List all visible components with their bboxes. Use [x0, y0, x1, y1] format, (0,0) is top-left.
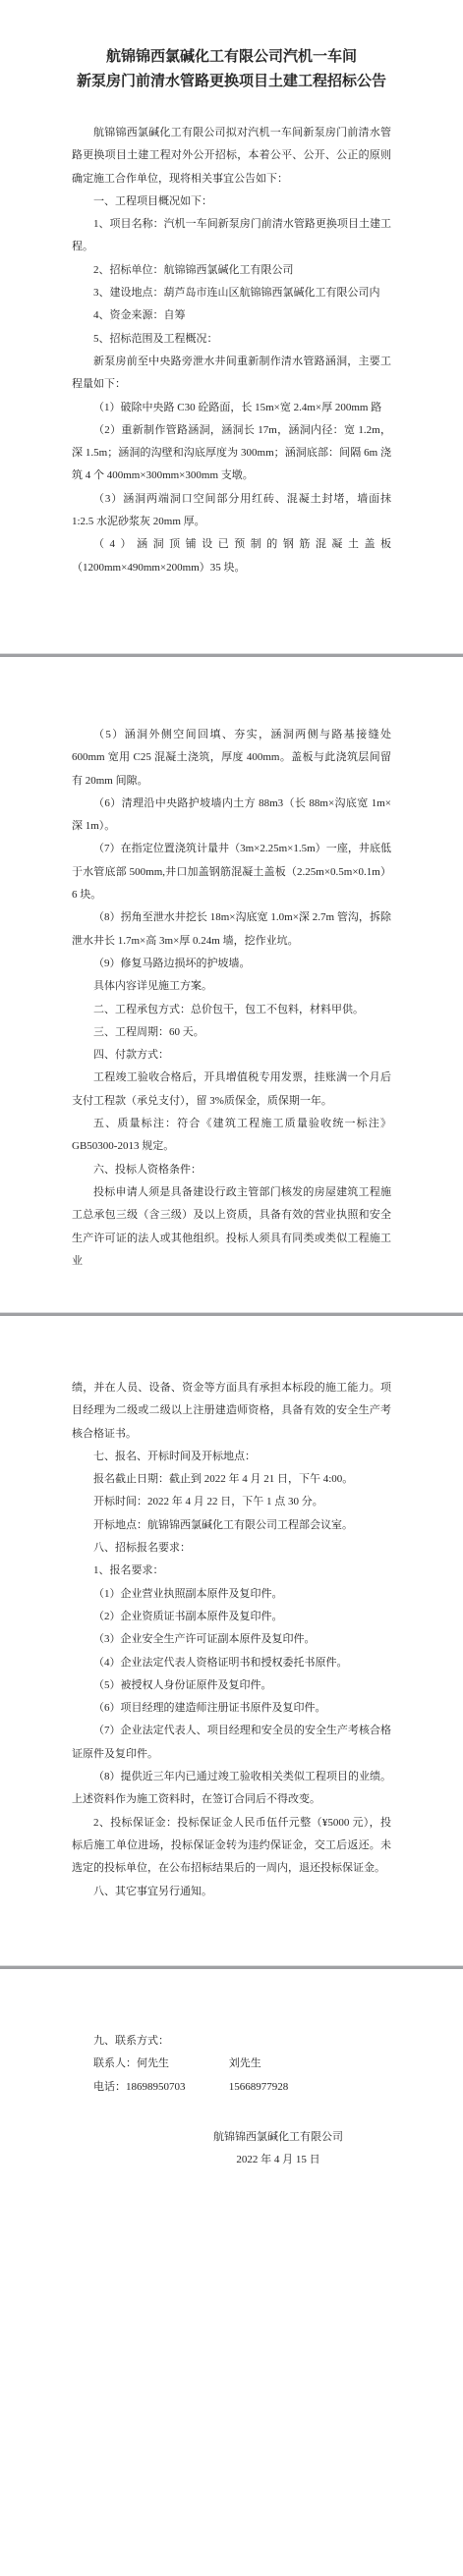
- paragraph: 开标时间：2022 年 4 月 22 日，下午 1 点 30 分。: [72, 1491, 391, 1513]
- paragraph: 4、资金来源：自筹: [72, 304, 391, 327]
- paragraph: （8）提供近三年内已通过竣工验收相关类似工程项目的业绩。上述资料作为施工资料时，…: [72, 1766, 391, 1812]
- page-2-body: （5）涵洞外侧空间回填、夯实，涵洞两侧与路基接缝处 600mm 宽用 C25 混…: [72, 724, 391, 1273]
- paragraph: 八、招标报名要求：: [72, 1537, 391, 1560]
- paragraph: 绩，并在人员、设备、资金等方面具有承担本标段的施工能力。项目经理为二级或二级以上…: [72, 1377, 391, 1446]
- paragraph: 具体内容详见施工方案。: [72, 975, 391, 998]
- contact-phones-line: 电话：18698950703 15668977928: [72, 2076, 391, 2099]
- paragraph: （8）拐角至泄水井挖长 18m×沟底宽 1.0m×深 2.7m 管沟，拆除泄水井…: [72, 906, 391, 953]
- paragraph: 5、招标范围及工程概况：: [72, 328, 391, 351]
- paragraph: （2）企业资质证书副本原件及复印件。: [72, 1606, 391, 1628]
- paragraph: （9）修复马路边损坏的护坡墙。: [72, 953, 391, 975]
- paragraph: 三、工程周期：60 天。: [72, 1021, 391, 1044]
- paragraph: 七、报名、开标时间及开标地点：: [72, 1446, 391, 1468]
- paragraph: （5）涵洞外侧空间回填、夯实，涵洞两侧与路基接缝处 600mm 宽用 C25 混…: [72, 724, 391, 793]
- signature-company: 航锦锦西氯碱化工有限公司: [175, 2126, 381, 2149]
- document-title-line-2: 新泵房门前清水管路更换项目土建工程招标公告: [72, 70, 391, 94]
- paragraph: （7）在指定位置浇筑计量井（3m×2.25m×1.5m）一座，井底低于水管底部 …: [72, 838, 391, 906]
- contact-phone-1: 电话：18698950703: [93, 2076, 226, 2099]
- document-page-1: 航锦锦西氯碱化工有限公司汽机一车间 新泵房门前清水管路更换项目土建工程招标公告 …: [0, 0, 463, 653]
- paragraph: 工程竣工验收合格后，开具增值税专用发票，挂账满一个月后支付工程款（承兑支付），留…: [72, 1067, 391, 1113]
- paragraph: 八、其它事宜另行通知。: [72, 1881, 391, 1903]
- paragraph: 新泵房前至中央路旁泄水井间重新制作清水管路涵洞，主要工程量如下：: [72, 351, 391, 397]
- page-1-body: 航锦锦西氯碱化工有限公司拟对汽机一车间新泵房门前清水管路更换项目土建工程对外公开…: [72, 122, 391, 579]
- paragraph: 2、投标保证金：投标保证金人民币伍仟元整（¥5000 元），投标后施工单位进场，…: [72, 1812, 391, 1881]
- document-page-2: （5）涵洞外侧空间回填、夯实，涵洞两侧与路基接缝处 600mm 宽用 C25 混…: [0, 657, 463, 1312]
- document-title: 航锦锦西氯碱化工有限公司汽机一车间 新泵房门前清水管路更换项目土建工程招标公告: [72, 45, 391, 94]
- paragraph: （1）破除中央路 C30 砼路面，长 15m×宽 2.4m×厚 200mm 路: [72, 397, 391, 419]
- paragraph: （4）涵洞顶铺设已预制的钢筋混凝土盖板（1200mm×490mm×200mm）3…: [72, 533, 391, 579]
- document-title-line-1: 航锦锦西氯碱化工有限公司汽机一车间: [72, 45, 391, 70]
- paragraph: （4）企业法定代表人资格证明书和授权委托书原件。: [72, 1652, 391, 1674]
- paragraph: 二、工程承包方式：总价包干，包工不包料，材料甲供。: [72, 999, 391, 1021]
- contact-person-1: 联系人：何先生: [93, 2053, 226, 2075]
- paragraph: 六、投标人资格条件：: [72, 1159, 391, 1181]
- paragraph: 开标地点：航锦锦西氯碱化工有限公司工程部会议室。: [72, 1514, 391, 1537]
- paragraph: 1、项目名称：汽机一车间新泵房门前清水管路更换项目土建工程。: [72, 213, 391, 259]
- page-3-body: 绩，并在人员、设备、资金等方面具有承担本标段的施工能力。项目经理为二级或二级以上…: [72, 1377, 391, 1903]
- paragraph: （3）企业安全生产许可证副本原件及复印件。: [72, 1628, 391, 1651]
- paragraph: 投标申请人须是具备建设行政主管部门核发的房屋建筑工程施工总承包三级（含三级）及以…: [72, 1181, 391, 1273]
- paragraph: （2）重新制作管路涵洞，涵洞长 17m，涵洞内径：宽 1.2m，深 1.5m；涵…: [72, 419, 391, 488]
- document-page-4: 九、联系方式： 联系人：何先生 刘先生 电话：18698950703 15668…: [0, 1969, 463, 2576]
- paragraph: （3）涵洞两端洞口空间部分用红砖、混凝土封堵，墙面抹 1:2.5 水泥砂浆灰 2…: [72, 488, 391, 534]
- paragraph: （7）企业法定代表人、项目经理和安全员的安全生产考核合格证原件及复印件。: [72, 1720, 391, 1766]
- paragraph: 1、报名要求：: [72, 1560, 391, 1582]
- paragraph: 四、付款方式：: [72, 1044, 391, 1067]
- paragraph: 3、建设地点：葫芦岛市连山区航锦锦西氯碱化工有限公司内: [72, 282, 391, 304]
- paragraph: （6）清理沿中央路护坡墙内土方 88m3（长 88m×沟底宽 1m×深 1m）。: [72, 793, 391, 839]
- paragraph: （1）企业营业执照副本原件及复印件。: [72, 1583, 391, 1606]
- paragraph: （6）项目经理的建造师注册证书原件及复印件。: [72, 1697, 391, 1720]
- paragraph: 报名截止日期：截止到 2022 年 4 月 21 日，下午 4:00。: [72, 1468, 391, 1491]
- paragraph: 一、工程项目概况如下：: [72, 191, 391, 213]
- contact-person-2: 刘先生: [229, 2057, 261, 2069]
- document-page-3: 绩，并在人员、设备、资金等方面具有承担本标段的施工能力。项目经理为二级或二级以上…: [0, 1316, 463, 1965]
- tender-announcement-document: 航锦锦西氯碱化工有限公司汽机一车间 新泵房门前清水管路更换项目土建工程招标公告 …: [0, 0, 463, 2576]
- contact-section-heading: 九、联系方式：: [72, 2030, 391, 2053]
- signature-block: 航锦锦西氯碱化工有限公司 2022 年 4 月 15 日: [175, 2126, 381, 2172]
- signature-date: 2022 年 4 月 15 日: [175, 2149, 381, 2171]
- paragraph: 五、质量标注：符合《建筑工程施工质量验收统一标注》GB50300-2013 规定…: [72, 1113, 391, 1159]
- contact-persons-line: 联系人：何先生 刘先生: [72, 2053, 391, 2075]
- paragraph: 2、招标单位：航锦锦西氯碱化工有限公司: [72, 259, 391, 282]
- contact-phone-2: 15668977928: [229, 2081, 289, 2093]
- paragraph: （5）被授权人身份证原件及复印件。: [72, 1674, 391, 1697]
- paragraph: 航锦锦西氯碱化工有限公司拟对汽机一车间新泵房门前清水管路更换项目土建工程对外公开…: [72, 122, 391, 191]
